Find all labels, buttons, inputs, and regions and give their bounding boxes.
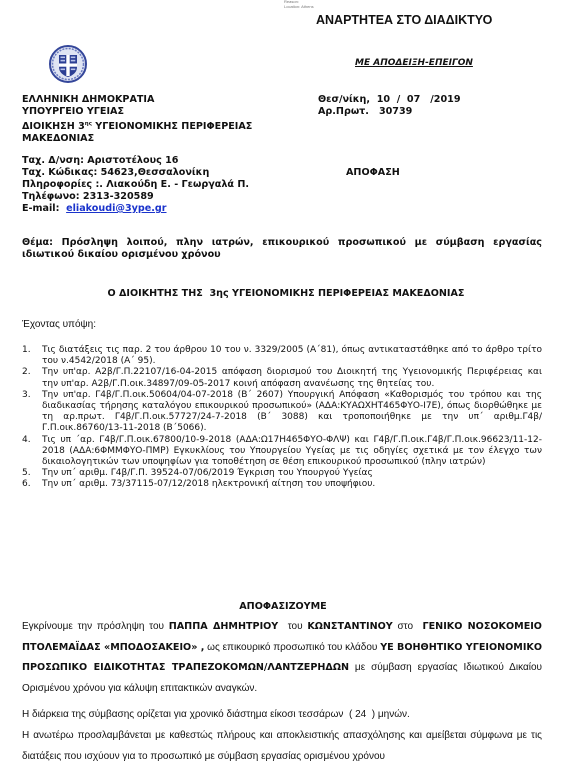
phone-number: Τηλέφωνο: 2313-320589: [22, 191, 249, 203]
contract-duration: Η διάρκεια της σύμβασης ορίζεται για χρο…: [22, 705, 542, 726]
email-link[interactable]: eliakoudi@3ype.gr: [66, 203, 166, 214]
consideration-item: 6.Την υπ΄ αριθμ. 73/37115-07/12/2018 ηλε…: [22, 479, 542, 490]
item-number: 5.: [22, 468, 31, 479]
issuer-header: ΕΛΛΗΝΙΚΗ ΔΗΜΟΚΡΑΤΙΑ ΥΠΟΥΡΓΕΙΟ ΥΓΕΙΑΣ ΔΙΟ…: [22, 94, 252, 145]
item-text: Την υπ'αρ. Α2β/Γ.Π.22107/16-04-2015 απόφ…: [42, 367, 542, 388]
consideration-item: 1.Τις διατάξεις τις παρ. 2 του άρθρου 10…: [22, 345, 542, 367]
receipt-notice: ΜΕ ΑΠΟΔΕΙΞΗ-ΕΠΕΙΓΟΝ: [355, 58, 473, 68]
decision-text: ως επικουρικό προσωπικό του κλάδου: [204, 642, 380, 653]
email-line: E-mail: eliakoudi@3ype.gr: [22, 203, 249, 215]
email-label: E-mail:: [22, 203, 66, 214]
item-text: Την υπ΄ αριθμ. Γ4β/Γ.Π. 39524-07/06/2019…: [42, 468, 373, 478]
document-date: Θεσ/νίκη, 10 / 07 /2019: [318, 94, 461, 106]
father-name: ΚΩΝΣΤΑΝΤΙΝΟΥ: [307, 621, 392, 632]
issuer-administration: ΔΙΟΙΚΗΣΗ 3ης ΥΓΕΙΟΝΟΜΙΚΗΣ ΠΕΡΙΦΕΡΕΙΑΣ: [22, 118, 252, 133]
consideration-item: 3.Την υπ'αρ. Γ4β/Γ.Π.οικ.50604/04-07-201…: [22, 390, 542, 435]
item-text: Την υπ΄ αριθμ. 73/37115-07/12/2018 ηλεκτ…: [42, 479, 375, 489]
item-number: 3.: [22, 390, 31, 401]
postal-code: Ταχ. Κώδικας: 54623,Θεσσαλονίκη: [22, 167, 249, 179]
publish-notice: ΑΝΑΡΤΗΤΕΑ ΣΤΟ ΔΙΑΔΙΚΤΥΟ: [316, 13, 492, 27]
decision-text: Εγκρίνουμε την πρόσληψη του: [22, 621, 169, 632]
decide-heading: ΑΠΟΦΑΣΙΖΟΥΜΕ: [0, 601, 562, 612]
item-text: Τις διατάξεις τις παρ. 2 του άρθρου 10 τ…: [42, 345, 542, 366]
consideration-item: 2.Την υπ'αρ. Α2β/Γ.Π.22107/16-04-2015 απ…: [22, 367, 542, 389]
decision-paragraph: Εγκρίνουμε την πρόσληψη του ΠΑΠΠΑ ΔΗΜΗΤΡ…: [22, 617, 542, 699]
consideration-item: 5.Την υπ΄ αριθμ. Γ4β/Γ.Π. 39524-07/06/20…: [22, 468, 542, 479]
issuer-admin-suffix: ΥΓΕΙΟΝΟΜΙΚΗΣ ΠΕΡΙΦΕΡΕΙΑΣ: [92, 121, 252, 132]
item-number: 2.: [22, 367, 31, 378]
issuer-admin-prefix: ΔΙΟΙΚΗΣΗ 3: [22, 121, 85, 132]
consideration-item: 4.Τις υπ ΄αρ. Γ4β/Γ.Π.οικ.67800/10-9-201…: [22, 435, 542, 469]
contact-info: Πληροφορίες :. Λιακούδη Ε. - Γεωργαλά Π.: [22, 179, 249, 191]
signature-location: Location: Athens: [284, 5, 314, 10]
issuer-admin-superscript: ης: [85, 121, 92, 127]
decision-text: του: [278, 621, 307, 632]
document-type: ΑΠΟΦΑΣΗ: [346, 167, 400, 178]
issuer-republic: ΕΛΛΗΝΙΚΗ ΔΗΜΟΚΡΑΤΙΑ: [22, 94, 252, 106]
employee-name: ΠΑΠΠΑ ΔΗΜΗΤΡΙΟΥ: [169, 621, 279, 632]
contact-address-block: Ταχ. Δ/νση: Αριστοτέλους 16 Ταχ. Κώδικας…: [22, 155, 249, 215]
item-text: Την υπ'αρ. Γ4β/Γ.Π.οικ.50604/04-07-2018 …: [42, 390, 542, 434]
greek-coat-of-arms-icon: [49, 45, 87, 83]
date-block: Θεσ/νίκη, 10 / 07 /2019 Αρ.Πρωτ. 30739: [318, 94, 461, 118]
decision-text: στο: [393, 621, 423, 632]
employment-terms: Η ανωτέρω προσλαμβάνεται με καθεστώς πλή…: [22, 726, 542, 767]
considerations-list: 1.Τις διατάξεις τις παρ. 2 του άρθρου 10…: [22, 345, 542, 491]
having-considered-label: Έχοντας υπόψη:: [22, 319, 96, 330]
item-number: 1.: [22, 345, 31, 356]
subject-line: Θέμα: Πρόσληψη λοιπού, πλην ιατρών, επικ…: [22, 237, 542, 261]
item-number: 6.: [22, 479, 31, 490]
item-number: 4.: [22, 435, 31, 446]
digital-signature-info: Reason: Location: Athens: [284, 0, 314, 9]
street-address: Ταχ. Δ/νση: Αριστοτέλους 16: [22, 155, 249, 167]
issuer-region: ΜΑΚΕΔΟΝΙΑΣ: [22, 133, 252, 145]
director-heading: Ο ΔΙΟΙΚΗΤΗΣ ΤΗΣ 3ης ΥΓΕΙΟΝΟΜΙΚΗΣ ΠΕΡΙΦΕΡ…: [0, 288, 562, 299]
protocol-number: Αρ.Πρωτ. 30739: [318, 106, 461, 118]
item-text: Τις υπ ΄αρ. Γ4β/Γ.Π.οικ.67800/10-9-2018 …: [42, 435, 542, 467]
issuer-ministry: ΥΠΟΥΡΓΕΙΟ ΥΓΕΙΑΣ: [22, 106, 252, 118]
